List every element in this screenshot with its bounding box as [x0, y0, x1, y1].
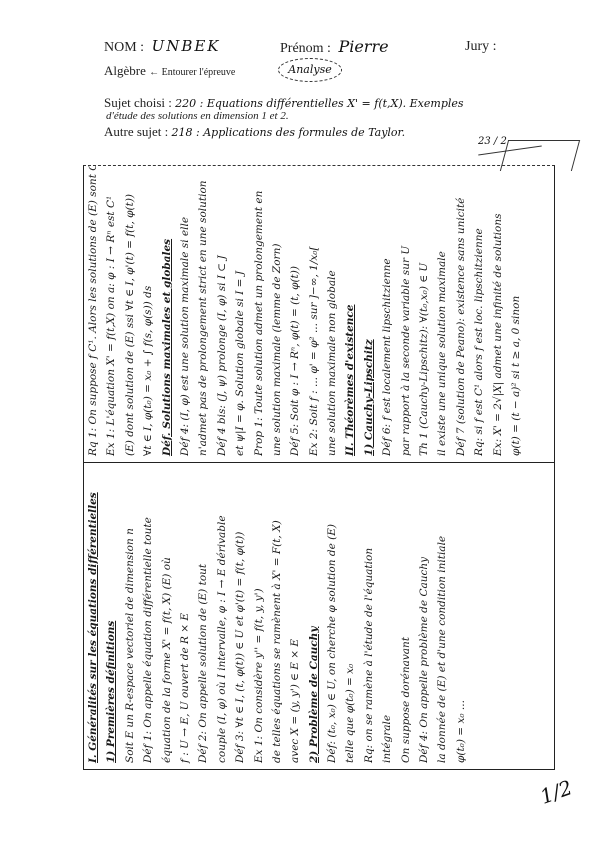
text-line: n'admet pas de prolongement strict en un…	[194, 166, 212, 462]
chosen-subject: Sujet choisi : 220 : Equations différent…	[104, 95, 464, 111]
chosen-subject-value: 220 : Equations différentielles X' = f(t…	[175, 97, 463, 110]
text-line: Déf 7 (solution de Peano): existence san…	[452, 166, 470, 462]
text-line: Déf 4 bis: (J, ψ) prolonge (I, φ) si I ⊂…	[213, 166, 231, 462]
text-line: Prop 1: Toute solution admet un prolonge…	[250, 166, 268, 462]
text-line: intégrale	[378, 463, 396, 769]
name-label: NOM :	[104, 40, 144, 55]
text-line: Déf: (t₀, x₀) ∈ U, on cherche φ solution…	[323, 463, 341, 769]
chosen-subject-label: Sujet choisi :	[104, 95, 172, 110]
text-line: II. Théorèmes d'existence	[341, 166, 359, 462]
text-line: Ex 1: On considère y'' = f(t, y, y')	[250, 463, 268, 769]
text-line: avec X = (y, y') ∈ E × E	[286, 463, 304, 769]
text-line: Déf 2: On appelle solution de (E) tout	[194, 463, 212, 769]
name-field: NOM : UNBEK	[104, 37, 221, 56]
text-line: Ex 2: Soit f : ... φ' = φ² ... sur ]−∞, …	[305, 166, 323, 462]
bottom-section-rotated-text: I. Généralités sur les équations différe…	[84, 463, 470, 769]
text-line: φ(t₀) = x₀ ...	[452, 463, 470, 769]
text-line: φ(t) = (t − a)² si t ≥ a, 0 sinon	[507, 166, 525, 462]
text-line: 1) Cauchy-Lipschitz	[360, 166, 378, 462]
text-line: couple (I, φ) où I intervalle, φ : I → E…	[213, 463, 231, 769]
chosen-subject-line2: d'étude des solutions en dimension 1 et …	[106, 110, 289, 122]
text-line: 1) Premières définitions	[102, 463, 120, 769]
text-line: On suppose dorénavant	[397, 463, 415, 769]
top-section: Rq 1: On suppose f C¹. Alors les solutio…	[84, 166, 554, 462]
text-line: la donnée de (E) et d'une condition init…	[433, 463, 451, 769]
firstname-field: Prénom : Pierre	[280, 37, 389, 57]
text-line: ∀t ∈ I, φ(t₀) = x₀ + ∫ f(s, φ(s)) ds	[139, 166, 157, 462]
firstname-label: Prénom :	[280, 41, 331, 56]
text-line: Déf. Solutions maximales et globales	[158, 166, 176, 462]
page-number: 1/2	[537, 775, 575, 809]
epreuve-instruction: ← Entourer l'épreuve	[149, 67, 235, 78]
text-line: Soit E un R-espace vectoriel de dimensio…	[121, 463, 139, 769]
text-line: Ex: X' = 2√|X| admet une infinité de sol…	[489, 166, 507, 462]
exam-choice-row: Algèbre ← Entourer l'épreuve	[104, 63, 235, 79]
algebre-label: Algèbre	[104, 63, 146, 78]
answer-box: Rq 1: On suppose f C¹. Alors les solutio…	[83, 165, 555, 770]
bottom-section: I. Généralités sur les équations différe…	[84, 463, 554, 769]
text-line: Rq: on se ramène à l'étude de l'équation	[360, 463, 378, 769]
analyse-circled: Analyse	[278, 58, 342, 82]
text-line: Ex 1: L'équation X' = f(t,X) on a: φ : I…	[102, 166, 120, 462]
text-line: Déf 4: On appelle problème de Cauchy	[415, 463, 433, 769]
text-line: Déf 5: Soit φ : I → Rⁿ, φ(t) = (t, φ(t))	[286, 166, 304, 462]
text-line: une solution maximale (lemme de Zorn)	[268, 166, 286, 462]
text-line: (E) dont solution de (E) ssi ∀t ∈ I, φ'(…	[121, 166, 139, 462]
firstname-value: Pierre	[338, 37, 388, 56]
text-line: Déf 4: (I, φ) est une solution maximale …	[176, 166, 194, 462]
text-line: I. Généralités sur les équations différe…	[84, 463, 102, 769]
text-line: Déf 3: ∀t ∈ I, (t, φ(t)) ∈ U et φ'(t) = …	[231, 463, 249, 769]
name-value: UNBEK	[152, 37, 221, 55]
top-section-rotated-text: Rq 1: On suppose f C¹. Alors les solutio…	[84, 166, 525, 462]
text-line: f : U → E, U ouvert de R × E	[176, 463, 194, 769]
text-line: Déf 6: f est localement lipschitzienne	[378, 166, 396, 462]
other-subject-value: 218 : Applications des formules de Taylo…	[172, 126, 406, 139]
text-line: Déf 1: On appelle équation différentiell…	[139, 463, 157, 769]
text-line: et ψ|I = φ. Solution globale si I = J	[231, 166, 249, 462]
jury-label: Jury :	[465, 39, 497, 54]
text-line: il existe une unique solution maximale	[433, 166, 451, 462]
text-line: Rq: si f est C¹ alors f est loc. lipschi…	[470, 166, 488, 462]
text-line: 2) Problème de Cauchy	[305, 463, 323, 769]
jury-field: Jury :	[465, 39, 497, 55]
text-line: équation de la forme X' = f(t, X) (E) où	[158, 463, 176, 769]
text-line: telle que φ(t₀) = x₀	[341, 463, 359, 769]
grade-value: 23 / 2	[478, 136, 507, 147]
text-line: Th 1 (Cauchy-Lipschitz): ∀(t₀,x₀) ∈ U	[415, 166, 433, 462]
text-line: de telles équations se ramènent à X' = F…	[268, 463, 286, 769]
text-line: une solution maximale non globale	[323, 166, 341, 462]
text-line: par rapport à la seconde variable sur U	[397, 166, 415, 462]
other-subject: Autre sujet : 218 : Applications des for…	[104, 124, 405, 140]
text-line: Rq 1: On suppose f C¹. Alors les solutio…	[84, 166, 102, 462]
other-subject-label: Autre sujet :	[104, 124, 168, 139]
